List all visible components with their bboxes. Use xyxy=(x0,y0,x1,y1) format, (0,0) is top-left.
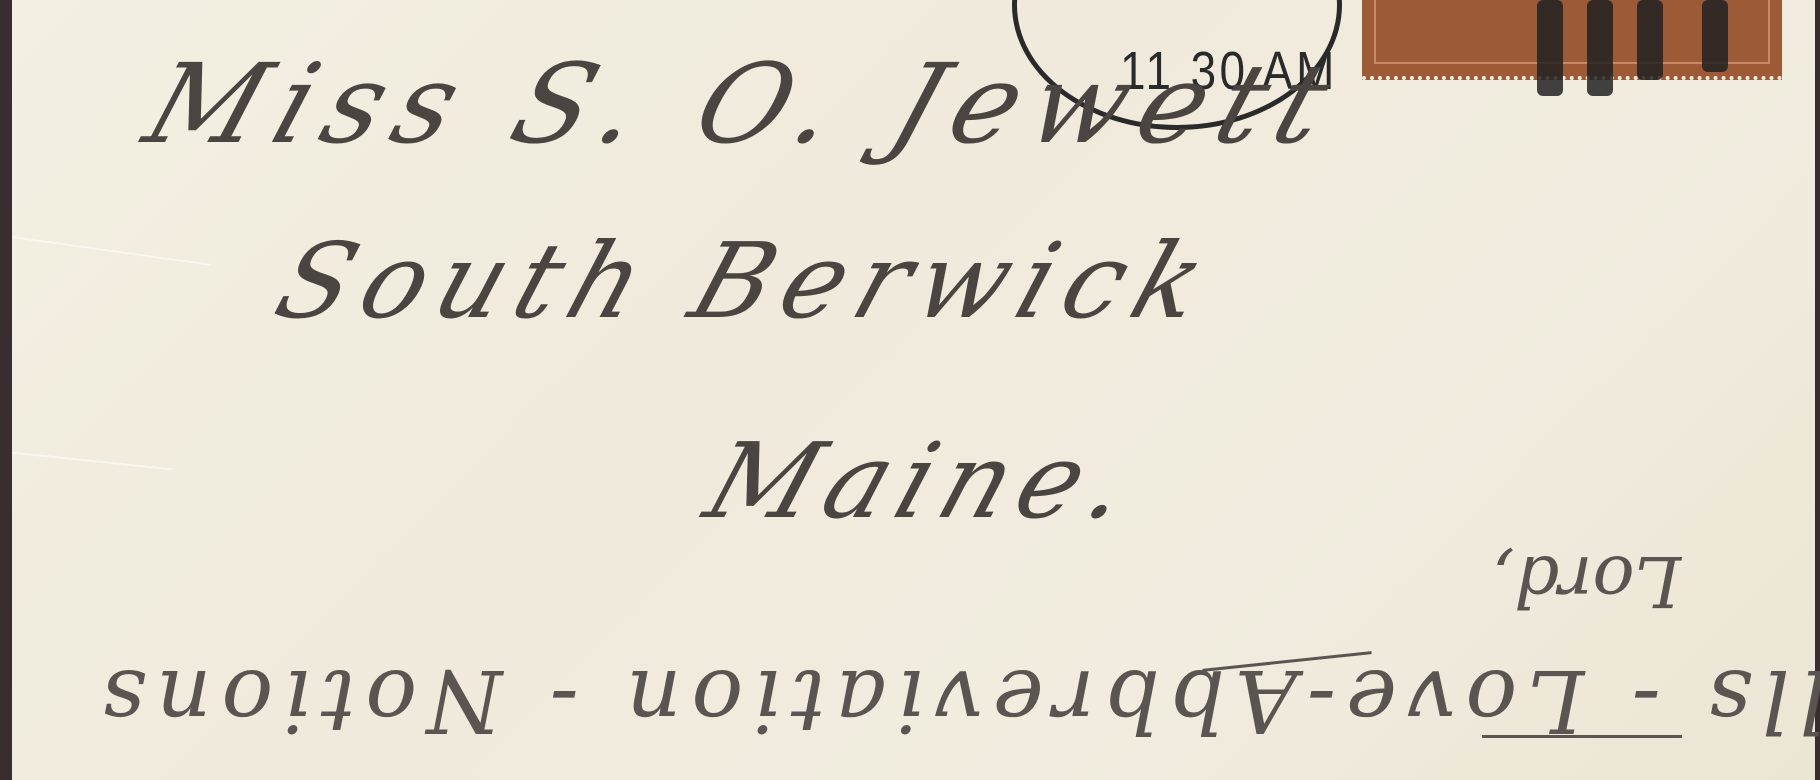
address-line-town: South Berwick xyxy=(262,220,1232,342)
cancel-bar xyxy=(1537,0,1563,96)
paper-crease xyxy=(13,236,211,266)
address-line-name: Miss S. O. Jewett xyxy=(131,40,1358,168)
inverted-note-1: Lord, xyxy=(1492,540,1681,622)
cancel-bar xyxy=(1637,0,1663,80)
paper-crease xyxy=(12,452,171,471)
envelope: 11 30 AM Miss S. O. Jewett South Berwick… xyxy=(12,0,1815,780)
address-line-state: Maine. xyxy=(692,420,1155,542)
cancel-bar xyxy=(1702,0,1728,72)
note-underline xyxy=(1482,735,1682,738)
cancel-bar xyxy=(1587,0,1613,96)
